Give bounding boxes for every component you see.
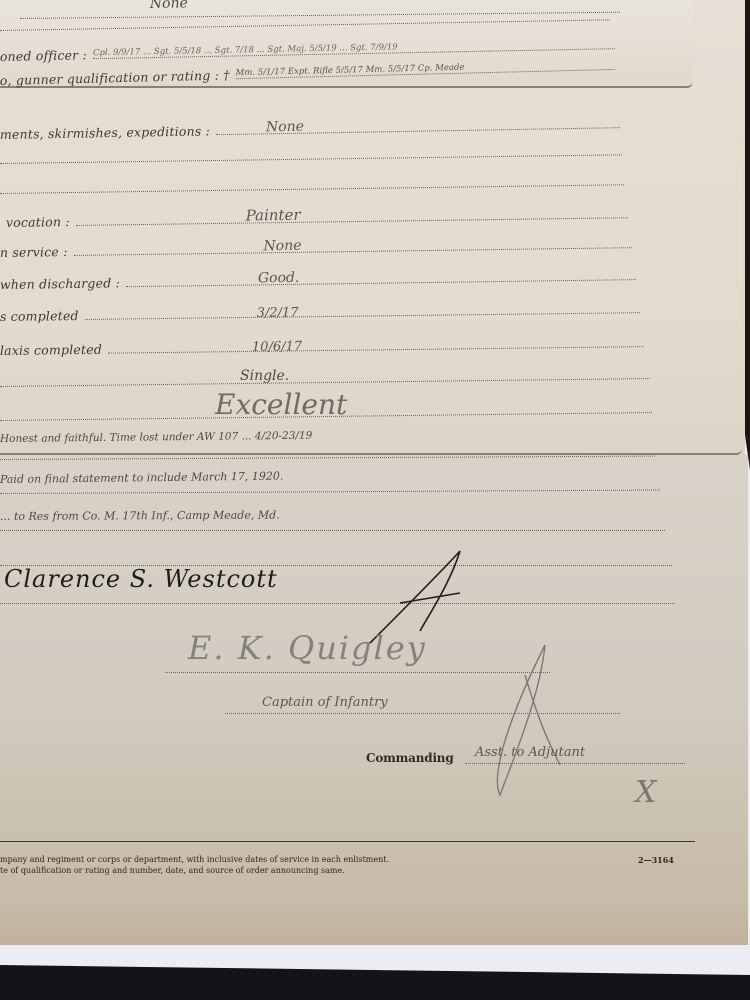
document-fold-top: None oned officer : Cpl. 9/9/17 ... Sgt.… xyxy=(0,0,693,88)
field-row-character-when-discharged: when discharged : Good. xyxy=(0,263,636,292)
field-label: ments, skirmishes, expeditions : xyxy=(0,123,210,142)
remarks-line-1: Honest and faithful. Time lost under AW … xyxy=(0,430,312,445)
dotted-leader: None xyxy=(74,247,632,256)
field-value-engagements: None xyxy=(266,119,304,136)
dotted-line xyxy=(0,378,650,387)
footnote-rule xyxy=(0,841,695,842)
dotted-line xyxy=(20,12,620,19)
remarks-line-2: Paid on final statement to include March… xyxy=(0,470,283,486)
dotted-line xyxy=(0,530,665,531)
field-value-paratyphoid-date: 10/6/17 xyxy=(252,339,302,355)
field-value-vocation: Painter xyxy=(246,206,301,225)
dotted-leader: None xyxy=(216,127,620,135)
signature-line xyxy=(0,603,675,604)
field-row-engagements: ments, skirmishes, expeditions : None xyxy=(0,111,620,142)
field-value-character: Good. xyxy=(258,270,300,287)
commanding-value: Asst. to Adjutant xyxy=(475,745,585,760)
form-number: 2—3164 xyxy=(638,855,674,865)
signature-line xyxy=(165,672,550,673)
dotted-line xyxy=(0,456,655,460)
footnote-2: te of qualification or rating and number… xyxy=(0,866,345,875)
officer-signature-loops xyxy=(470,635,590,805)
dotted-line xyxy=(0,19,610,31)
field-row-typhoid-prophylaxis: s completed 3/2/17 xyxy=(0,296,640,324)
dotted-leader: 10/6/17 xyxy=(108,346,644,354)
field-label: n service : xyxy=(0,244,68,260)
remarks-line-3: ... to Res from Co. M. 17th Inf., Camp M… xyxy=(0,509,280,523)
field-value-typhoid-date: 3/2/17 xyxy=(257,305,299,321)
field-value-service: None xyxy=(263,238,301,255)
document-fold-middle: ments, skirmishes, expeditions : None vo… xyxy=(0,88,742,455)
field-label: vocation : xyxy=(0,214,70,230)
field-label: laxis completed xyxy=(0,342,102,358)
dotted-leader: Painter xyxy=(76,217,628,226)
signature-line xyxy=(465,763,685,764)
soldier-signature: Clarence S. Westcott xyxy=(4,565,278,593)
field-row-vocation: vocation : Painter xyxy=(0,201,628,230)
field-value-rank-history: Cpl. 9/9/17 ... Sgt. 5/5/18 ... Sgt. 7/1… xyxy=(93,42,398,58)
field-label: o, gunner qualification or rating : † xyxy=(0,67,230,88)
officer-title: Captain of Infantry xyxy=(262,695,388,710)
commanding-label: Commanding xyxy=(366,751,454,765)
field-label: s completed xyxy=(0,308,79,324)
dotted-leader: 3/2/17 xyxy=(85,312,640,320)
document-fold-bottom: Paid on final statement to include March… xyxy=(0,455,748,945)
field-label: when discharged : xyxy=(0,275,120,292)
footnote-1: mpany and regiment or corps or departmen… xyxy=(0,855,389,864)
field-label: oned officer : xyxy=(0,47,87,64)
dotted-line xyxy=(0,154,622,164)
field-value-top-fragment: None xyxy=(150,0,188,12)
initial-mark: X xyxy=(635,775,656,810)
field-row-paratyphoid-prophylaxis: laxis completed 10/6/17 xyxy=(0,330,644,358)
field-value-qualification: Mm. 5/1/17 Expt. Rifle 5/5/17 Mm. 5/5/17… xyxy=(235,63,464,79)
dotted-line xyxy=(0,184,624,194)
discharge-document: None oned officer : Cpl. 9/9/17 ... Sgt.… xyxy=(0,0,745,945)
dotted-line xyxy=(0,490,660,494)
dotted-leader: Mm. 5/1/17 Expt. Rifle 5/5/17 Mm. 5/5/17… xyxy=(236,69,615,79)
signature-line xyxy=(225,713,620,714)
officer-signature: E. K. Quigley xyxy=(188,629,427,667)
field-row-service: n service : None xyxy=(0,231,632,260)
dotted-leader: Good. xyxy=(126,279,636,287)
